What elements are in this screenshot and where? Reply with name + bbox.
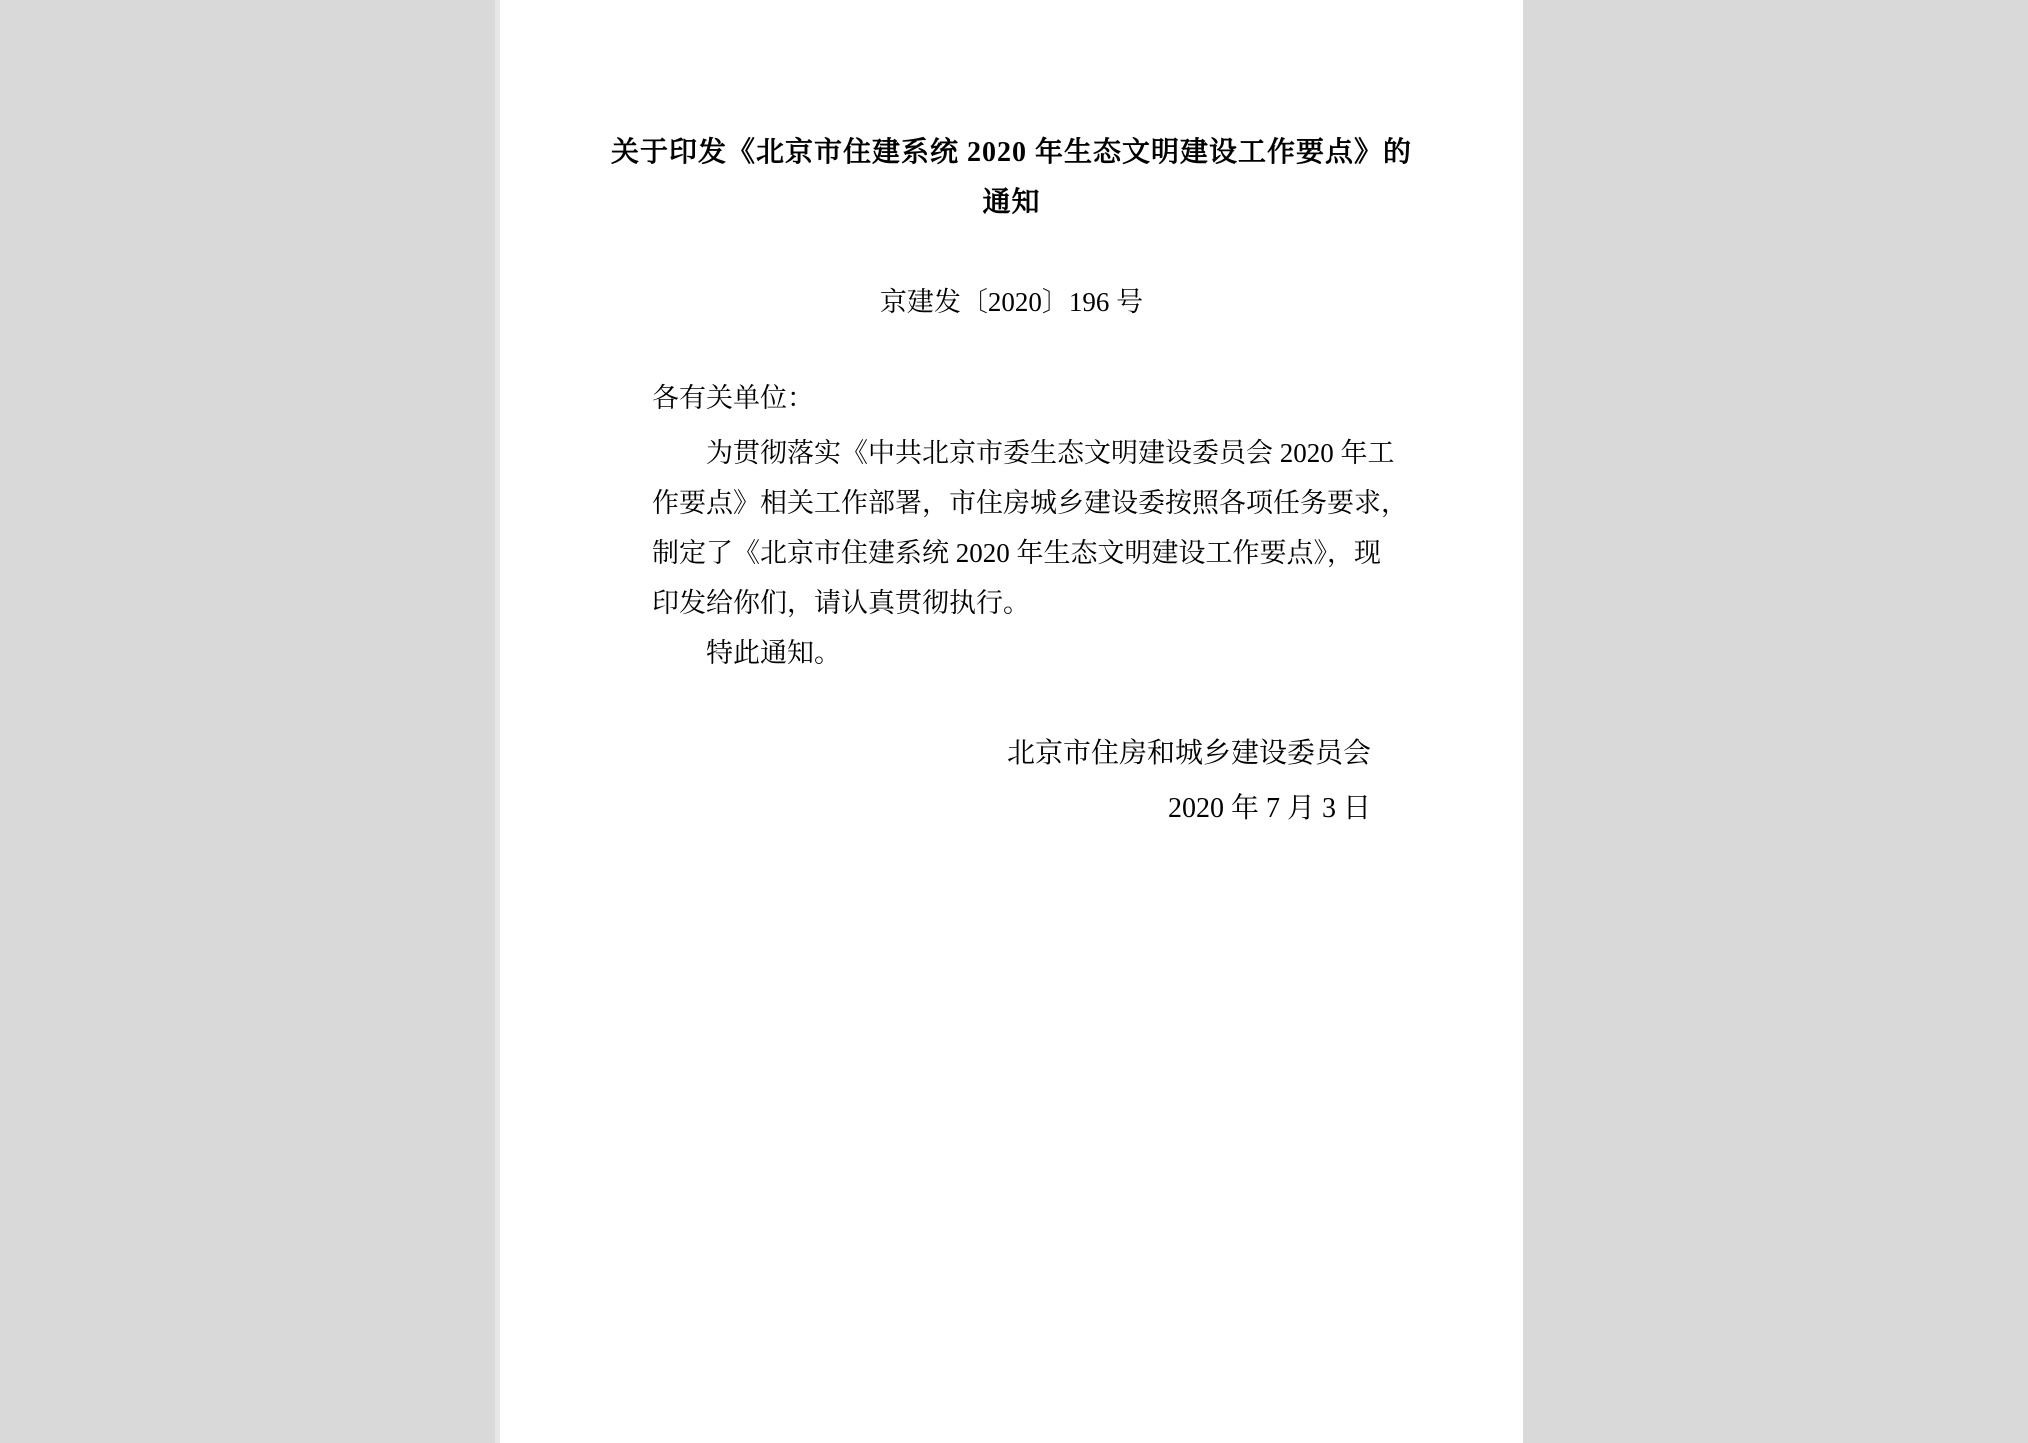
body-line-closing: 特此通知。 xyxy=(652,628,1393,678)
issue-date: 2020 年 7 月 3 日 xyxy=(1168,794,1371,824)
document-page: 关于印发《北京市住建系统 2020 年生态文明建设工作要点》的 通知 京建发〔2… xyxy=(495,0,1523,1443)
salutation: 各有关单位： xyxy=(652,384,814,412)
document-title: 关于印发《北京市住建系统 2020 年生态文明建设工作要点》的 通知 xyxy=(500,128,1523,228)
screenshot-root: { "page": { "background_color": "#d9d9d9… xyxy=(0,0,2028,1443)
body-line: 印发给你们，请认真贯彻执行。 xyxy=(652,578,1393,628)
issuing-authority: 北京市住房和城乡建设委员会 xyxy=(1007,739,1371,769)
document-title-line-1: 关于印发《北京市住建系统 2020 年生态文明建设工作要点》的 xyxy=(500,128,1523,178)
body-line: 制定了《北京市住建系统 2020 年生态文明建设工作要点》，现 xyxy=(652,528,1393,578)
body-line: 为贯彻落实《中共北京市委生态文明建设委员会 2020 年工 xyxy=(652,428,1393,478)
body-line: 作要点》相关工作部署，市住房城乡建设委按照各项任务要求， xyxy=(652,478,1393,528)
document-title-line-2: 通知 xyxy=(500,178,1523,228)
document-number: 京建发〔2020〕196 号 xyxy=(500,288,1523,316)
document-body: 为贯彻落实《中共北京市委生态文明建设委员会 2020 年工 作要点》相关工作部署… xyxy=(652,428,1393,678)
